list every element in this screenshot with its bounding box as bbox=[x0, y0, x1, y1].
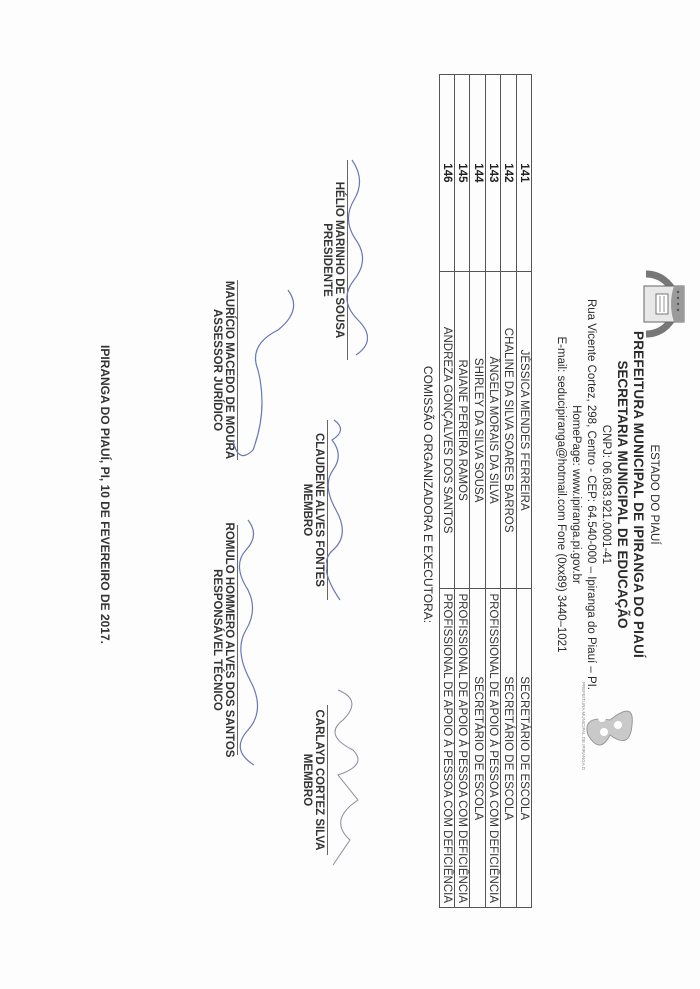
cell-num: 142 bbox=[501, 75, 516, 272]
cell-num: 141 bbox=[516, 75, 531, 272]
signer-role: ASSESSOR JURÍDICO bbox=[211, 250, 223, 490]
document-page: ESTADO DO PIAUÍ PREFEITURA MUNICIPAL DE … bbox=[0, 0, 700, 989]
homepage-line: HomePage: www.ipiranga.pi.gov.br bbox=[570, 0, 582, 989]
cell-name: CHALINE DA SILVA SOARES BARROS bbox=[501, 271, 516, 589]
handwritten-signature-icon bbox=[346, 150, 368, 370]
cell-role: PROFISSIONAL DE APOIO À PESSOA COM DEFIC… bbox=[485, 589, 500, 908]
signature-member-1: CLAUDENE ALVES FONTES MEMBRO bbox=[301, 400, 328, 620]
table-row: 146ANDREZA GONÇALVES DOS SANTOSPROFISSIO… bbox=[439, 75, 454, 908]
signer-name: ROMULO HOMMERO ALVES DOS SANTOS bbox=[223, 510, 235, 770]
secretaria-title: SECRETARIA MUNICIPAL DE EDUCAÇÃO bbox=[615, 0, 630, 989]
signer-name: HÉLIO MARINHO DE SOUSA bbox=[333, 150, 345, 370]
signer-role: PRESIDENTE bbox=[321, 150, 333, 370]
cell-num: 143 bbox=[485, 75, 500, 272]
signature-legal-advisor: MAURÍCIO MACEDO DE MOURA ASSESSOR JURÍDI… bbox=[211, 250, 238, 490]
cell-name: ANDREZA GONÇALVES DOS SANTOS bbox=[439, 271, 454, 589]
handwritten-signature-icon bbox=[228, 250, 308, 490]
handwritten-signature-icon bbox=[318, 680, 368, 880]
cell-role: SECRETÁRIO DE ESCOLA bbox=[501, 589, 516, 908]
signature-member-2: CARLAYD CORTEZ SILVA MEMBRO bbox=[301, 680, 328, 880]
table-row: 145RAIANE PEREIRA RAMOSPROFISSIONAL DE A… bbox=[455, 75, 470, 908]
table-row: 144SHIRLEY DA SILVA SOUSASECRETÁRIO DE E… bbox=[470, 75, 485, 908]
signer-name: MAURÍCIO MACEDO DE MOURA bbox=[223, 250, 235, 490]
email-phone-line: E-mail: seducipiranga@hotmail.com Fone (… bbox=[555, 0, 567, 989]
signer-role: RESPONSÁVEL TÉCNICO bbox=[211, 510, 223, 770]
cell-num: 145 bbox=[455, 75, 470, 272]
state-name: ESTADO DO PIAUÍ bbox=[648, 0, 660, 989]
svg-text:PREFEITURA MUNICIPAL DE IPIRAN: PREFEITURA MUNICIPAL DE IPIRANGA DO PIAU… bbox=[581, 682, 587, 770]
cell-role: SECRETÁRIO DE ESCOLA bbox=[470, 589, 485, 908]
table-row: 142CHALINE DA SILVA SOARES BARROSSECRETÁ… bbox=[501, 75, 516, 908]
signer-name: CLAUDENE ALVES FONTES bbox=[313, 400, 325, 620]
signer-role: MEMBRO bbox=[301, 680, 313, 880]
cell-role: SECRETÁRIO DE ESCOLA bbox=[516, 589, 531, 908]
cell-name: RAIANE PEREIRA RAMOS bbox=[455, 271, 470, 589]
staff-table: 141JÉSSICA MENDES FERREIRASECRETÁRIO DE … bbox=[439, 74, 532, 908]
cnpj-line: CNPJ: 06.083.921.0001-41 bbox=[600, 0, 612, 989]
signature-president: HÉLIO MARINHO DE SOUSA PRESIDENTE bbox=[321, 150, 348, 370]
cell-name: ÂNGELA MORAIS DA SILVA bbox=[485, 271, 500, 589]
cell-num: 144 bbox=[470, 75, 485, 272]
handwritten-signature-icon bbox=[326, 400, 348, 620]
prefeitura-title: PREFEITURA MUNICIPAL DE IPIRANGA DO PIAU… bbox=[631, 0, 646, 989]
cell-num: 146 bbox=[439, 75, 454, 272]
signer-name: CARLAYD CORTEZ SILVA bbox=[313, 680, 325, 880]
prefeitura-logo-icon: PREFEITURA MUNICIPAL DE IPIRANGA DO PIAU… bbox=[580, 680, 640, 770]
signer-role: MEMBRO bbox=[301, 400, 313, 620]
cell-name: SHIRLEY DA SILVA SOUSA bbox=[470, 271, 485, 589]
commission-title: COMISSÃO ORGANIZADORA E EXECUTORA: bbox=[421, 0, 435, 989]
table-row: 143ÂNGELA MORAIS DA SILVAPROFISSIONAL DE… bbox=[485, 75, 500, 908]
handwritten-signature-icon bbox=[236, 510, 262, 770]
footer-date: IPIRANGA DO PIAUÍ, PI, 10 DE FEVEREIRO D… bbox=[98, 0, 112, 989]
cell-role: PROFISSIONAL DE APOIO À PESSOA COM DEFIC… bbox=[455, 589, 470, 908]
signature-technical-lead: ROMULO HOMMERO ALVES DOS SANTOS RESPONSÁ… bbox=[211, 510, 238, 770]
table-row: 141JÉSSICA MENDES FERREIRASECRETÁRIO DE … bbox=[516, 75, 531, 908]
address-line: Rua Vicente Cortez, 298, Centro - CEP: 6… bbox=[585, 0, 597, 989]
cell-role: PROFISSIONAL DE APOIO À PESSOA COM DEFIC… bbox=[439, 589, 454, 908]
cell-name: JÉSSICA MENDES FERREIRA bbox=[516, 271, 531, 589]
